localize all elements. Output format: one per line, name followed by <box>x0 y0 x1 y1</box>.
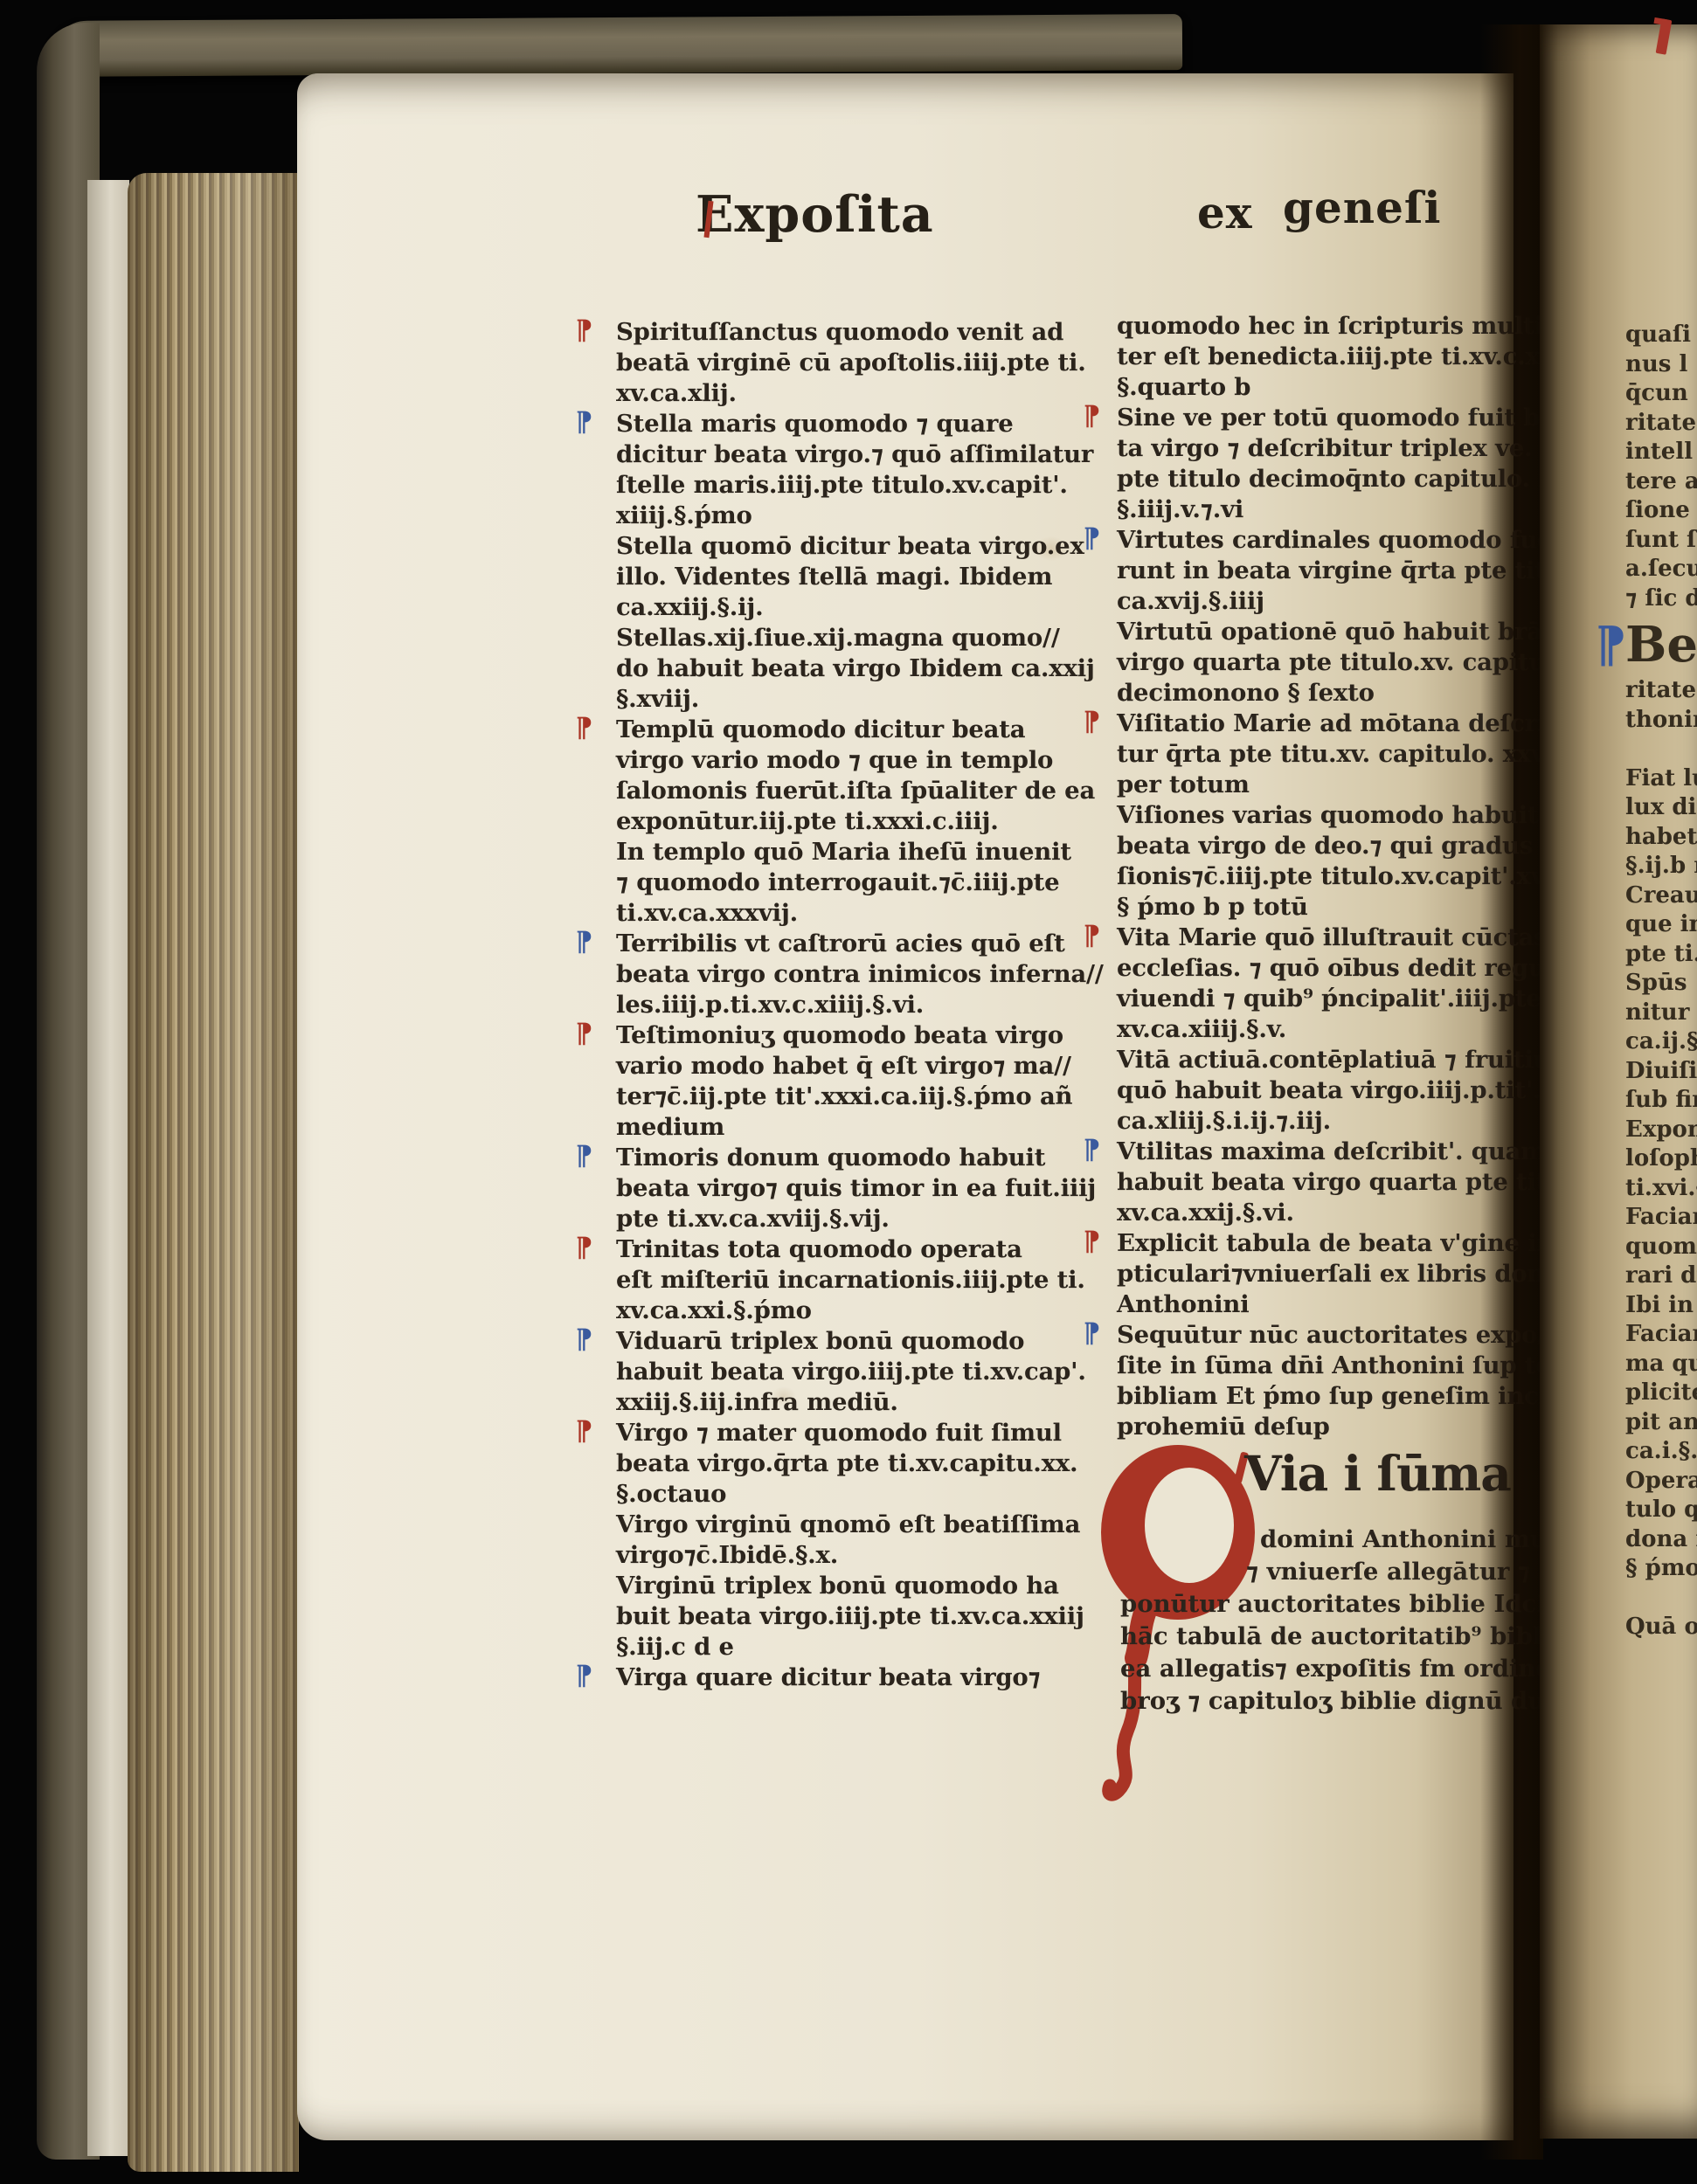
text-line: §.quarto b <box>1117 372 1536 403</box>
text-line: Virginū triplex bonū quomodo ha <box>616 1571 1102 1601</box>
line-text: ca.i.§.i.n <box>1625 1438 1697 1464</box>
running-header-ex: ex <box>1197 187 1253 238</box>
text-line: ¶Explicit tabula de beata v'gine in <box>1117 1228 1536 1259</box>
line-text: ti.xv.ca.xxxvij. <box>616 899 798 927</box>
line-text: a.ſecu <box>1625 556 1697 582</box>
text-line: quō habuit beata virgo.iiij.p.tit'.xv. <box>1117 1075 1536 1106</box>
text-line: ta virgo ⁊ deſcribitur triplex ve. q̄rta <box>1117 433 1536 464</box>
line-text: Opera ſe <box>1625 1468 1697 1494</box>
line-text: Terribilis vt caſtrorū acies quō eſt <box>616 930 1065 957</box>
text-line: Viſiones varias quomodo habuit <box>1117 800 1536 831</box>
line-text: rari dup <box>1625 1262 1697 1289</box>
line-text: ſione <box>1625 497 1690 523</box>
paragraph-mark-icon: ¶ <box>1596 613 1627 676</box>
paragraph-mark-icon: ¶ <box>576 713 593 743</box>
text-line: ¶Templū quomodo dicitur beata <box>616 715 1102 745</box>
text-line: Virtutū opationē quō habuit brā <box>1117 617 1536 647</box>
line-text: Quā obr <box>1625 1614 1697 1640</box>
line-text: do habuit beata virgo Ibidem ca.xxij <box>616 654 1095 682</box>
line-text: ca.ij.§. <box>1625 1028 1697 1054</box>
line-text: ca.xvij.§.iiij <box>1117 587 1264 615</box>
text-line: quomodo hec in ſcripturis multiplici <box>1117 311 1536 342</box>
line-text: exponūtur.iij.pte ti.xxxi.c.iiij. <box>616 807 999 835</box>
line-text: Stella quomō dicitur beata virgo.ex <box>616 532 1084 560</box>
facing-text-line: Opera ſe <box>1625 1467 1697 1496</box>
line-text <box>1625 1585 1633 1611</box>
line-text: Virga quare dicitur beata virgo⁊ <box>616 1663 1040 1691</box>
facing-text-line: Exponi <box>1625 1116 1697 1145</box>
line-text: § ṕmo b p totū <box>1117 893 1308 921</box>
facing-text-line: ritate <box>1625 676 1697 706</box>
text-line: virgo⁊c̄.Ibidē.§.x. <box>616 1540 1102 1571</box>
line-text: decimonono § ſexto <box>1117 679 1375 707</box>
text-line: ti.xv.ca.xxxvij. <box>616 898 1102 929</box>
flyleaf-edge <box>87 180 129 2156</box>
left-page: Expoſita ex geneſi ¶Spirituſſanctus quom… <box>297 73 1513 2140</box>
line-text: beata virgo.q̄rta pte ti.xv.capitu.xx. <box>616 1449 1077 1477</box>
line-text: beata virgo contra inimicos inferna// <box>616 960 1104 988</box>
text-line: xiiij.§.ṕmo <box>616 501 1102 531</box>
paragraph-mark-icon: ¶ <box>1084 1135 1101 1165</box>
facing-text-line: ca.i.§.i.n <box>1625 1437 1697 1467</box>
line-text: Virgo virginū qnomō eſt beatiſſima <box>616 1510 1080 1538</box>
line-text: In templo quō Maria iheſū inuenit <box>616 838 1071 866</box>
paragraph-mark-icon: ¶ <box>1084 401 1101 432</box>
line-text: ti.xvi.§ <box>1625 1175 1697 1201</box>
facing-text-line: ſione <box>1625 496 1697 526</box>
line-text: Ibi in cr <box>1625 1292 1697 1318</box>
facing-text-line: ritate <box>1625 409 1697 439</box>
facing-text-line: habet.x <box>1625 823 1697 853</box>
line-text: ritate <box>1625 677 1696 703</box>
line-text: per totum <box>1117 771 1250 798</box>
facing-text-line: § ṕmo. <box>1625 1554 1697 1584</box>
line-text: les.iiij.p.ti.xv.c.xiiij.§.vi. <box>616 991 924 1019</box>
line-text: ca.xliij.§.i.ij.⁊.iij. <box>1117 1107 1331 1135</box>
facing-text-line: Quā obr <box>1625 1613 1697 1642</box>
text-line: ſalomonis fuerūt.iſta ſpūaliter de ea <box>616 776 1102 806</box>
text-line: ¶Teſtimoniuʒ quomodo beata virgo <box>616 1020 1102 1051</box>
facing-text-line <box>1625 735 1697 764</box>
text-line: dicitur beata virgo.⁊ quō aſſimilatur <box>616 439 1102 470</box>
text-line: ca.xvij.§.iiij <box>1117 586 1536 617</box>
text-line: §.iiij.v.⁊.vi <box>1117 494 1536 525</box>
facing-text-line: pliciter⁊ <box>1625 1379 1697 1408</box>
facing-text-line: pit anima <box>1625 1408 1697 1438</box>
line-text: ſub firm <box>1625 1087 1697 1113</box>
text-line: eccleſias. ⁊ quō oībus dedit regulaʒ <box>1117 953 1536 984</box>
text-line: virgo vario modo ⁊ que in templo <box>616 745 1102 776</box>
paragraph-mark-icon: ¶ <box>576 1661 593 1691</box>
text-line: xv.ca.xxij.§.vi. <box>1117 1198 1536 1228</box>
text-line: decimonono § ſexto <box>1117 678 1536 708</box>
gutter-shadow <box>1480 24 1543 2160</box>
line-text: virgo vario modo ⁊ que in templo <box>616 746 1053 774</box>
line-text: Be <box>1625 616 1697 674</box>
line-text: §.ij.b n <box>1625 853 1697 879</box>
text-line: ¶Stella maris quomodo ⁊ quare <box>616 409 1102 439</box>
paragraph-mark-icon: ¶ <box>1084 921 1101 951</box>
facing-text-line: quaſi <box>1625 321 1697 350</box>
text-line: ¶Sequūtur nūc auctoritates expo// <box>1117 1320 1536 1351</box>
line-text: Anthonini <box>1117 1290 1249 1318</box>
text-line: Vitā actiuā.contēplatiuā ⁊ fruitiuā <box>1117 1045 1536 1075</box>
text-line: ſionis⁊c̄.iiij.pte titulo.xv.capit'.xvij <box>1117 861 1536 892</box>
text-line: xxiij.§.iij.infra mediū. <box>616 1387 1102 1418</box>
paragraph-mark-icon: ¶ <box>1084 1227 1101 1257</box>
line-text: ca.xxiij.§.ij. <box>616 593 763 621</box>
facing-text-line: ma quon <box>1625 1350 1697 1379</box>
line-text: xv.ca.xxi.§.ṕmo <box>616 1296 812 1324</box>
line-text: §.xviij. <box>616 685 699 713</box>
line-text: lux diu <box>1625 794 1697 820</box>
line-text: thonin <box>1625 707 1697 733</box>
line-text: ⁊ ſic d <box>1625 585 1697 612</box>
line-text: ſalomonis fuerūt.iſta ſpūaliter de ea <box>616 777 1095 805</box>
facing-text-line: quomod <box>1625 1233 1697 1262</box>
facing-text-line: q̄cun <box>1625 379 1697 409</box>
paragraph-mark-icon: ¶ <box>576 315 593 346</box>
text-line: bibliam Et ṕmo ſup geneſim incipit <box>1117 1381 1536 1412</box>
text-line: beata virgo⁊ quis timor in ea fuit.iiij <box>616 1173 1102 1204</box>
text-line: §.xviij. <box>616 684 1102 715</box>
line-text: Stella maris quomodo ⁊ quare <box>616 410 1014 438</box>
facing-text-line: ¶Be <box>1625 613 1697 676</box>
line-text: xxiij.§.iij.infra mediū. <box>616 1388 898 1416</box>
text-line: vario modo habet q̄ eſt virgo⁊ ma// <box>616 1051 1102 1082</box>
line-text: Teſtimoniuʒ quomodo beata virgo <box>616 1021 1063 1049</box>
facing-text-line: Ibi in cr <box>1625 1291 1697 1321</box>
line-text: dicitur beata virgo.⁊ quō aſſimilatur <box>616 440 1093 468</box>
facing-text-line: lux diu <box>1625 793 1697 823</box>
line-text: tulo quon <box>1625 1496 1697 1523</box>
line-text: pliciter⁊ <box>1625 1379 1697 1406</box>
text-line: Stellas.xij.ſiue.xij.magna quomo// <box>616 623 1102 653</box>
line-text: que int <box>1625 911 1697 937</box>
line-text: prohemiū deſup <box>1117 1413 1330 1441</box>
text-line: eſt miſteriū incarnationis.iiij.pte ti. <box>616 1265 1102 1296</box>
line-text: Viſiones varias quomodo habuit <box>1117 801 1538 829</box>
line-text: Timoris donum quomodo habuit <box>616 1144 1045 1171</box>
facing-text-line: dona ſpiri <box>1625 1525 1697 1555</box>
facing-text-line: tulo quon <box>1625 1496 1697 1525</box>
running-header-left: Expoſita <box>696 185 934 244</box>
book-cover-top-edge <box>51 14 1182 77</box>
line-text: Virtutū opationē quō habuit brā <box>1117 618 1542 646</box>
line-text: medium <box>616 1113 724 1141</box>
text-line: §.octauo <box>616 1479 1102 1510</box>
paragraph-mark-icon: ¶ <box>576 1233 593 1263</box>
paragraph-mark-icon: ¶ <box>576 1019 593 1049</box>
line-text: quomod <box>1625 1234 1697 1260</box>
facing-text-line: que int <box>1625 910 1697 940</box>
text-line: viuendi ⁊ quib⁹ ṕncipalit'.iiij.pte ti. <box>1117 984 1536 1014</box>
line-text: xiiij.§.ṕmo <box>616 501 752 529</box>
facing-text-line: ti.xvi.§ <box>1625 1174 1697 1204</box>
text-line: ¶Viduarū triplex bonū quomodo <box>616 1326 1102 1357</box>
line-text: ſunt ſ <box>1625 527 1696 553</box>
text-line: Stella quomō dicitur beata virgo.ex <box>616 531 1102 562</box>
facing-page: quaſinus lq̄cunritateintelltere aſioneſu… <box>1540 24 1697 2139</box>
text-line: ¶Virga quare dicitur beata virgo⁊ <box>616 1662 1102 1693</box>
text-line: illo. Videntes ſtellā magi. Ibidem <box>616 562 1102 592</box>
text-line: In templo quō Maria iheſū inuenit <box>616 837 1102 867</box>
text-line: § ṕmo b p totū <box>1117 892 1536 923</box>
line-text: quaſi <box>1625 321 1691 348</box>
facing-text-line: nus l <box>1625 350 1697 380</box>
text-line: les.iiij.p.ti.xv.c.xiiij.§.vi. <box>616 990 1102 1020</box>
line-text: q̄cun <box>1625 380 1688 406</box>
line-text: ritate <box>1625 410 1696 436</box>
text-line: xv.ca.xxi.§.ṕmo <box>616 1296 1102 1326</box>
line-text: §.quarto b <box>1117 373 1250 401</box>
text-line: pticulari⁊vniuerſali ex libris domini <box>1117 1259 1536 1289</box>
text-line: §.iij.c d e <box>616 1632 1102 1662</box>
line-text: § ṕmo. <box>1625 1555 1697 1581</box>
text-line: ¶Terribilis vt caſtrorū acies quō eſt <box>616 929 1102 959</box>
line-text: xv.ca.xiiij.§.v. <box>1117 1015 1286 1043</box>
fanned-page-edges <box>128 173 299 2172</box>
text-line: tur q̄rta pte titu.xv. capitulo. xxvij. <box>1117 739 1536 770</box>
text-line: ca.xxiij.§.ij. <box>616 592 1102 623</box>
text-line: xv.ca.xiiij.§.v. <box>1117 1014 1536 1045</box>
line-text <box>1625 736 1633 762</box>
line-text: ſtelle maris.iiij.pte titulo.xv.capit'. <box>616 471 1068 499</box>
text-line: habuit beata virgo quarta pte titulo <box>1117 1167 1536 1198</box>
line-text: Creau <box>1625 882 1697 909</box>
text-line: runt in beata virgine q̄rta pte tit'.xv. <box>1117 556 1536 586</box>
line-text: xv.ca.xxij.§.vi. <box>1117 1199 1294 1227</box>
line-text: Stellas.xij.ſiue.xij.magna quomo// <box>616 624 1060 652</box>
text-line: pte titulo decimoq̄nto capitulo. iiij. <box>1117 464 1536 494</box>
paragraph-mark-icon: ¶ <box>576 1324 593 1355</box>
line-text: ma quon <box>1625 1351 1697 1377</box>
text-line: exponūtur.iij.pte ti.xxxi.c.iiij. <box>616 806 1102 837</box>
line-text: Templū quomodo dicitur beata <box>616 715 1025 743</box>
text-line: ¶Sine ve per totū quomodo fuit bea// <box>1117 403 1536 433</box>
facing-text-line: ſub firm <box>1625 1086 1697 1116</box>
line-text: loſopho <box>1625 1145 1697 1171</box>
text-line: per totum <box>1117 770 1536 800</box>
text-line: ter eſt benedicta.iiij.pte ti.xv.c.xxiii… <box>1117 342 1536 372</box>
facing-text-line <box>1625 1584 1697 1614</box>
line-text: Virgo ⁊ mater quomodo fuit ſimul <box>616 1419 1062 1447</box>
text-line: ⁊ quomodo interrogauit.⁊c̄.iiij.pte <box>616 867 1102 898</box>
paragraph-mark-icon: ¶ <box>576 1141 593 1171</box>
line-text: eſt miſteriū incarnationis.iiij.pte ti. <box>616 1266 1085 1294</box>
facing-text-line: nitur b <box>1625 999 1697 1028</box>
facing-text-line: ſunt ſ <box>1625 526 1697 556</box>
line-text: beatā virginē cū apoſtolis.iiij.pte ti. <box>616 349 1086 377</box>
text-line: ter⁊c̄.iij.pte tit'.xxxi.ca.iij.§.ṕmo añ <box>616 1082 1102 1112</box>
text-line: beata virgo.q̄rta pte ti.xv.capitu.xx. <box>616 1448 1102 1479</box>
line-text: xv.ca.xlij. <box>616 379 737 407</box>
paragraph-mark-icon: ¶ <box>1084 1318 1101 1349</box>
line-text: Diuiſit <box>1625 1058 1697 1084</box>
facing-text-line: intell <box>1625 438 1697 467</box>
text-line: Virgo virginū qnomō eſt beatiſſima <box>616 1510 1102 1540</box>
text-line: ¶Virgo ⁊ mater quomodo fuit ſimul <box>616 1418 1102 1448</box>
line-text: pte ti.xv.ca.xviij.§.vij. <box>616 1205 890 1233</box>
text-line: habuit beata virgo.iiij.pte ti.xv.cap'. <box>616 1357 1102 1387</box>
facing-text-line: ca.ij.§. <box>1625 1027 1697 1057</box>
line-text: habuit beata virgo.iiij.pte ti.xv.cap'. <box>616 1358 1086 1386</box>
paragraph-mark-icon: ¶ <box>1084 707 1101 737</box>
text-line: ¶Virtutes cardinales quomodo fue// <box>1117 525 1536 556</box>
running-header-genesi: geneſi <box>1283 182 1441 233</box>
text-line: ca.xliij.§.i.ij.⁊.iij. <box>1117 1106 1536 1137</box>
facing-text-line: Creau <box>1625 881 1697 911</box>
facing-page-column: quaſinus lq̄cunritateintelltere aſioneſu… <box>1625 321 1697 1642</box>
line-text: illo. Videntes ſtellā magi. Ibidem <box>616 563 1052 591</box>
line-text: beata virgo⁊ quis timor in ea fuit.iiij <box>616 1174 1096 1202</box>
line-text: Spūs <box>1625 970 1687 996</box>
facing-text-line: Faciam' <box>1625 1320 1697 1350</box>
facing-text-line: thonin <box>1625 706 1697 736</box>
line-text: nus l <box>1625 351 1687 377</box>
facing-text-line: Fiat lu <box>1625 764 1697 794</box>
line-text: §.octauo <box>616 1480 726 1508</box>
facing-text-line: loſopho <box>1625 1144 1697 1174</box>
facing-text-line: a.ſecu <box>1625 555 1697 584</box>
line-text: §.iij.c d e <box>616 1633 734 1661</box>
incipit-heading: Via i ſūma <box>1244 1445 1511 1502</box>
text-line: ¶Spirituſſanctus quomodo venit ad <box>616 317 1102 348</box>
text-line: ¶Viſitatio Marie ad mōtana deſcribi <box>1117 708 1536 739</box>
line-text: Trinitas tota quomodo operata <box>616 1235 1022 1263</box>
text-column-left: ¶Spirituſſanctus quomodo venit adbeatā v… <box>616 317 1102 1693</box>
facing-text-line: tere a <box>1625 467 1697 497</box>
line-text: ter⁊c̄.iij.pte tit'.xxxi.ca.iij.§.ṕmo añ <box>616 1082 1072 1110</box>
facing-text-line: Faciam <box>1625 1203 1697 1233</box>
line-text: §.iiij.v.⁊.vi <box>1117 495 1243 523</box>
line-text: Viduarū triplex bonū quomodo <box>616 1327 1024 1355</box>
paragraph-mark-icon: ¶ <box>576 407 593 438</box>
line-text: nitur b <box>1625 999 1697 1026</box>
line-text: Faciam <box>1625 1204 1697 1230</box>
facing-text-line: §.ij.b n <box>1625 852 1697 881</box>
line-text: buit beata virgo.iiij.pte ti.xv.ca.xxiij <box>616 1602 1084 1630</box>
text-line: virgo quarta pte titulo.xv. capitulo <box>1117 647 1536 678</box>
line-text: intell <box>1625 439 1693 465</box>
text-line: ¶Timoris donum quomodo habuit <box>616 1143 1102 1173</box>
line-text: Virginū triplex bonū quomodo ha <box>616 1572 1059 1600</box>
book-photo: Expoſita ex geneſi ¶Spirituſſanctus quom… <box>0 0 1697 2184</box>
text-line: beatā virginē cū apoſtolis.iiij.pte ti. <box>616 348 1102 378</box>
line-text: Faciam' <box>1625 1321 1697 1347</box>
line-text: Fiat lu <box>1625 765 1697 791</box>
text-line: pte ti.xv.ca.xviij.§.vij. <box>616 1204 1102 1234</box>
facing-text-line: rari dup <box>1625 1261 1697 1291</box>
facing-text-line: Diuiſit <box>1625 1057 1697 1087</box>
facing-text-line: Spūs <box>1625 969 1697 999</box>
text-line: xv.ca.xlij. <box>616 378 1102 409</box>
text-line: buit beata virgo.iiij.pte ti.xv.ca.xxiij <box>616 1601 1102 1632</box>
text-line: ¶Vtilitas maxima deſcribit'. quam <box>1117 1137 1536 1167</box>
text-line: do habuit beata virgo Ibidem ca.xxij <box>616 653 1102 684</box>
line-text: Spirituſſanctus quomodo venit ad <box>616 318 1063 346</box>
line-text: pte ti.x <box>1625 941 1697 967</box>
text-line: ſtelle maris.iiij.pte titulo.xv.capit'. <box>616 470 1102 501</box>
line-text: pit anima <box>1625 1409 1697 1435</box>
text-line: beata virgo contra inimicos inferna// <box>616 959 1102 990</box>
paragraph-mark-icon: ¶ <box>576 1416 593 1447</box>
paragraph-mark-icon: ¶ <box>1084 523 1101 554</box>
facing-text-line: pte ti.x <box>1625 940 1697 970</box>
line-text: dona ſpiri <box>1625 1526 1697 1552</box>
text-line: beata virgo de deo.⁊ qui gradus vi// <box>1117 831 1536 861</box>
text-column-right: quomodo hec in ſcripturis multipliciter … <box>1117 311 1536 1442</box>
text-line: ſite in ſūma dn̄i Anthonini ſup totā <box>1117 1351 1536 1381</box>
paragraph-mark-icon: ¶ <box>576 927 593 957</box>
text-line: Anthonini <box>1117 1289 1536 1320</box>
line-text: habet.x <box>1625 824 1697 850</box>
line-text: virgo⁊c̄.Ibidē.§.x. <box>616 1541 838 1569</box>
line-text: tere a <box>1625 468 1697 494</box>
facing-text-line: ⁊ ſic d <box>1625 584 1697 614</box>
text-line: ¶Trinitas tota quomodo operata <box>616 1234 1102 1265</box>
text-line: ¶Vita Marie quō illuſtrauit cūctas <box>1117 923 1536 953</box>
line-text: ⁊ quomodo interrogauit.⁊c̄.iiij.pte <box>616 868 1059 896</box>
line-text: vario modo habet q̄ eſt virgo⁊ ma// <box>616 1052 1071 1080</box>
text-line: medium <box>616 1112 1102 1143</box>
line-text: Exponi <box>1625 1116 1697 1143</box>
